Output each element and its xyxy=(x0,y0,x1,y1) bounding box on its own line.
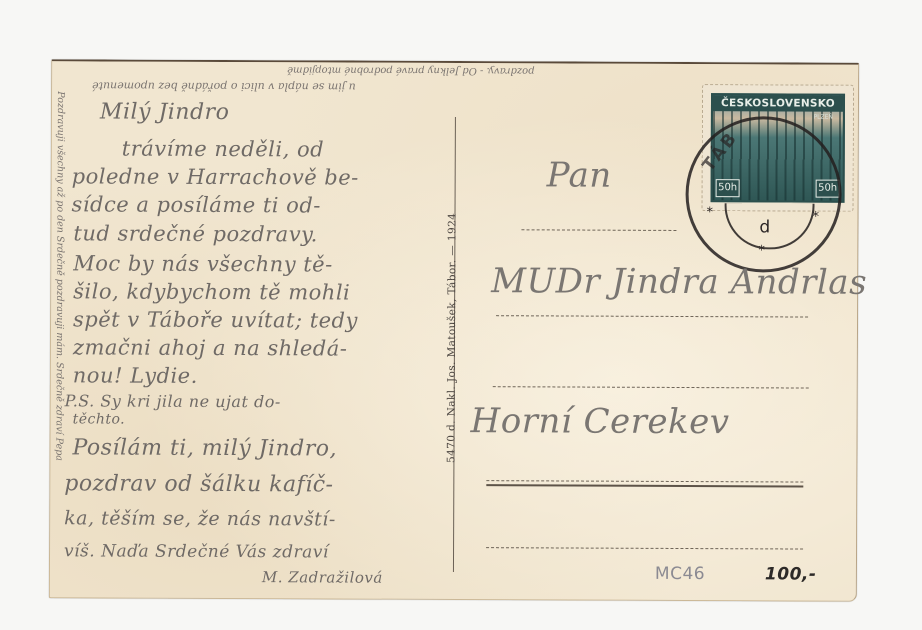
stamp-image: ČESKOSLOVENSKO PLZEŇ 50h 50h xyxy=(711,93,845,203)
address-salutation: Pan xyxy=(547,155,612,195)
message-line: tud srdečné pozdravy. xyxy=(73,221,318,246)
publisher-imprint: 5470 d. Nakl. Jos. Matoušek, Tábor. — 19… xyxy=(445,213,458,463)
stamp-denomination-left: 50h xyxy=(716,179,740,197)
message-line: nou! Lydie. xyxy=(73,363,198,388)
stamp-country: ČESKOSLOVENSKO xyxy=(713,95,843,112)
address-recipient: MUDr Jindra Andrlas xyxy=(491,261,867,303)
postmark-star-icon: * xyxy=(812,210,819,225)
postcard-back: pozdravy. - Od Jelkny pravé podrobné mto… xyxy=(49,59,859,602)
address-line xyxy=(493,386,809,388)
address-line xyxy=(486,547,803,549)
dealer-code: MC46 xyxy=(655,564,705,584)
upside-down-note-line-1: pozdravy. - Od Jelkny pravé podrobné mto… xyxy=(287,64,534,76)
address-line xyxy=(496,315,808,317)
upside-down-note-line-2: u jim se nápla v ulici o pořádně bez upo… xyxy=(92,79,356,93)
message-line: trávíme neděli, od xyxy=(122,137,324,162)
address-place: Horní Cerekev xyxy=(471,401,730,442)
stamp-denomination-right: 50h xyxy=(816,180,840,198)
postmark-series-letter: d xyxy=(759,217,770,237)
message-line: víš. Naďa Srdečné Vás zdraví xyxy=(64,541,329,562)
message-signature: M. Zadražilová xyxy=(262,568,383,587)
message-greeting: Milý Jindro xyxy=(100,99,229,125)
message-line: sídce a posíláme ti od- xyxy=(71,192,320,217)
message-line: šilo, kdybychom tě mohli xyxy=(73,279,350,304)
stamp-caption: PLZEŇ xyxy=(814,114,833,121)
message-line: Posílám ti, milý Jindro, xyxy=(72,435,337,461)
message-line: poledne v Harrachově be- xyxy=(72,164,359,189)
postmark-star-icon: * xyxy=(758,243,765,258)
message-line: Moc by nás všechny tě- xyxy=(73,251,333,276)
message-line: zmačni ahoj a na shledá- xyxy=(73,335,348,360)
dealer-price: 100,- xyxy=(765,564,817,584)
address-line xyxy=(521,229,676,231)
address-line xyxy=(486,484,803,487)
message-line: těchto. xyxy=(73,411,126,427)
message-line: pozdrav od šálku kafíč- xyxy=(64,471,333,497)
message-line: ka, těším se, že nás navští- xyxy=(64,507,336,530)
postage-stamp: ČESKOSLOVENSKO PLZEŇ 50h 50h xyxy=(702,84,855,212)
message-line: P.S. Sy kri jila ne ujat do- xyxy=(65,391,281,411)
address-line xyxy=(486,480,803,482)
message-line: spět v Táboře uvítat; tedy xyxy=(73,307,358,332)
